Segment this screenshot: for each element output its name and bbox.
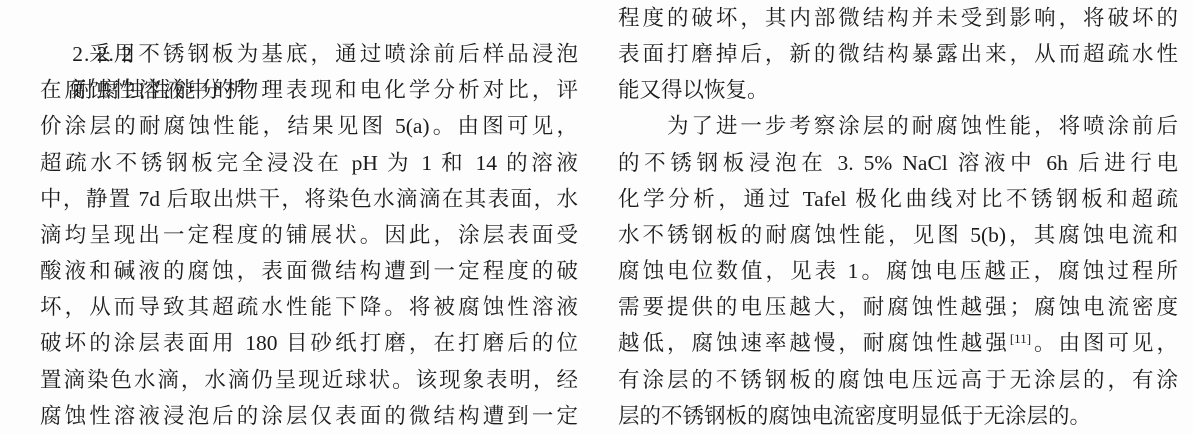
paper-page: 2. 2. 2 耐腐蚀性能分析 采用不锈钢板为基底，通过喷涂前后样品浸泡 在腐蚀… (0, 0, 1193, 434)
paragraph-line: 化学分析，通过 Tafel 极化曲线对比不锈钢板和超疏 (618, 181, 1178, 217)
paragraph-line: 层的不锈钢板的腐蚀电流密度明显低于无涂层的。 (618, 398, 1178, 434)
citation-line-pre: 越低，腐蚀速率越慢，耐腐蚀性越强 (618, 331, 1010, 355)
paragraph-line: 表面打磨掉后，新的微结构暴露出来，从而超疏水性 (618, 36, 1178, 72)
paragraph-line: 超疏水不锈钢板完全浸没在 pH 为 1 和 14 的溶液 (40, 145, 578, 181)
paragraph-line: 滴均呈现出一定程度的铺展状。因此，涂层表面受 (40, 217, 578, 253)
paragraph-line: 腐蚀电位数值，见表 1。腐蚀电压越正，腐蚀过程所 (618, 253, 1178, 289)
paragraph-line: 水不锈钢板的耐腐蚀性能，见图 5(b)，其腐蚀电流和 (618, 217, 1178, 253)
paragraph-line: 置滴染色水滴，水滴仍呈现近球状。该现象表明，经 (40, 362, 578, 398)
citation-line-post: 。由图可见， (1031, 331, 1178, 355)
paragraph-line: 程度的破坏，其内部微结构并未受到影响，将破坏的 (618, 0, 1178, 36)
paragraph-line: 需要提供的电压越大，耐腐蚀性越强；腐蚀电流密度 (618, 289, 1178, 325)
left-column: 2. 2. 2 耐腐蚀性能分析 采用不锈钢板为基底，通过喷涂前后样品浸泡 在腐蚀… (40, 0, 578, 434)
paragraph-line: 能又得以恢复。 (618, 72, 1178, 108)
paragraph-line: 在腐蚀性溶液中的物理表现和电化学分析对比，评 (40, 72, 578, 108)
paragraph-line: 采用不锈钢板为基底，通过喷涂前后样品浸泡 (40, 36, 578, 72)
paragraph-line: 腐蚀性溶液浸泡后的涂层仅表面的微结构遭到一定 (40, 398, 578, 434)
paragraph-line: 坏，从而导致其超疏水性能下降。将被腐蚀性溶液 (40, 289, 578, 325)
citation-reference-marker: [11] (1010, 331, 1031, 346)
paragraph-line: 的不锈钢板浸泡在 3. 5% NaCl 溶液中 6h 后进行电 (618, 145, 1178, 181)
paragraph-line: 破坏的涂层表面用 180 目砂纸打磨，在打磨后的位 (40, 325, 578, 361)
paragraph-line: 中，静置 7d 后取出烘干，将染色水滴滴在其表面，水 (40, 181, 578, 217)
section-heading: 2. 2. 2 耐腐蚀性能分析 (40, 0, 578, 36)
paragraph-line-with-citation: 越低，腐蚀速率越慢，耐腐蚀性越强[11]。由图可见， (618, 325, 1178, 361)
paragraph-line: 价涂层的耐腐蚀性能，结果见图 5(a)。由图可见， (40, 108, 578, 144)
paragraph-line: 有涂层的不锈钢板的腐蚀电压远高于无涂层的，有涂 (618, 362, 1178, 398)
paragraph-line: 酸液和碱液的腐蚀，表面微结构遭到一定程度的破 (40, 253, 578, 289)
paragraph-line: 为了进一步考察涂层的耐腐蚀性能，将喷涂前后 (618, 108, 1178, 144)
right-column: 程度的破坏，其内部微结构并未受到影响，将破坏的 表面打磨掉后，新的微结构暴露出来… (618, 0, 1178, 434)
